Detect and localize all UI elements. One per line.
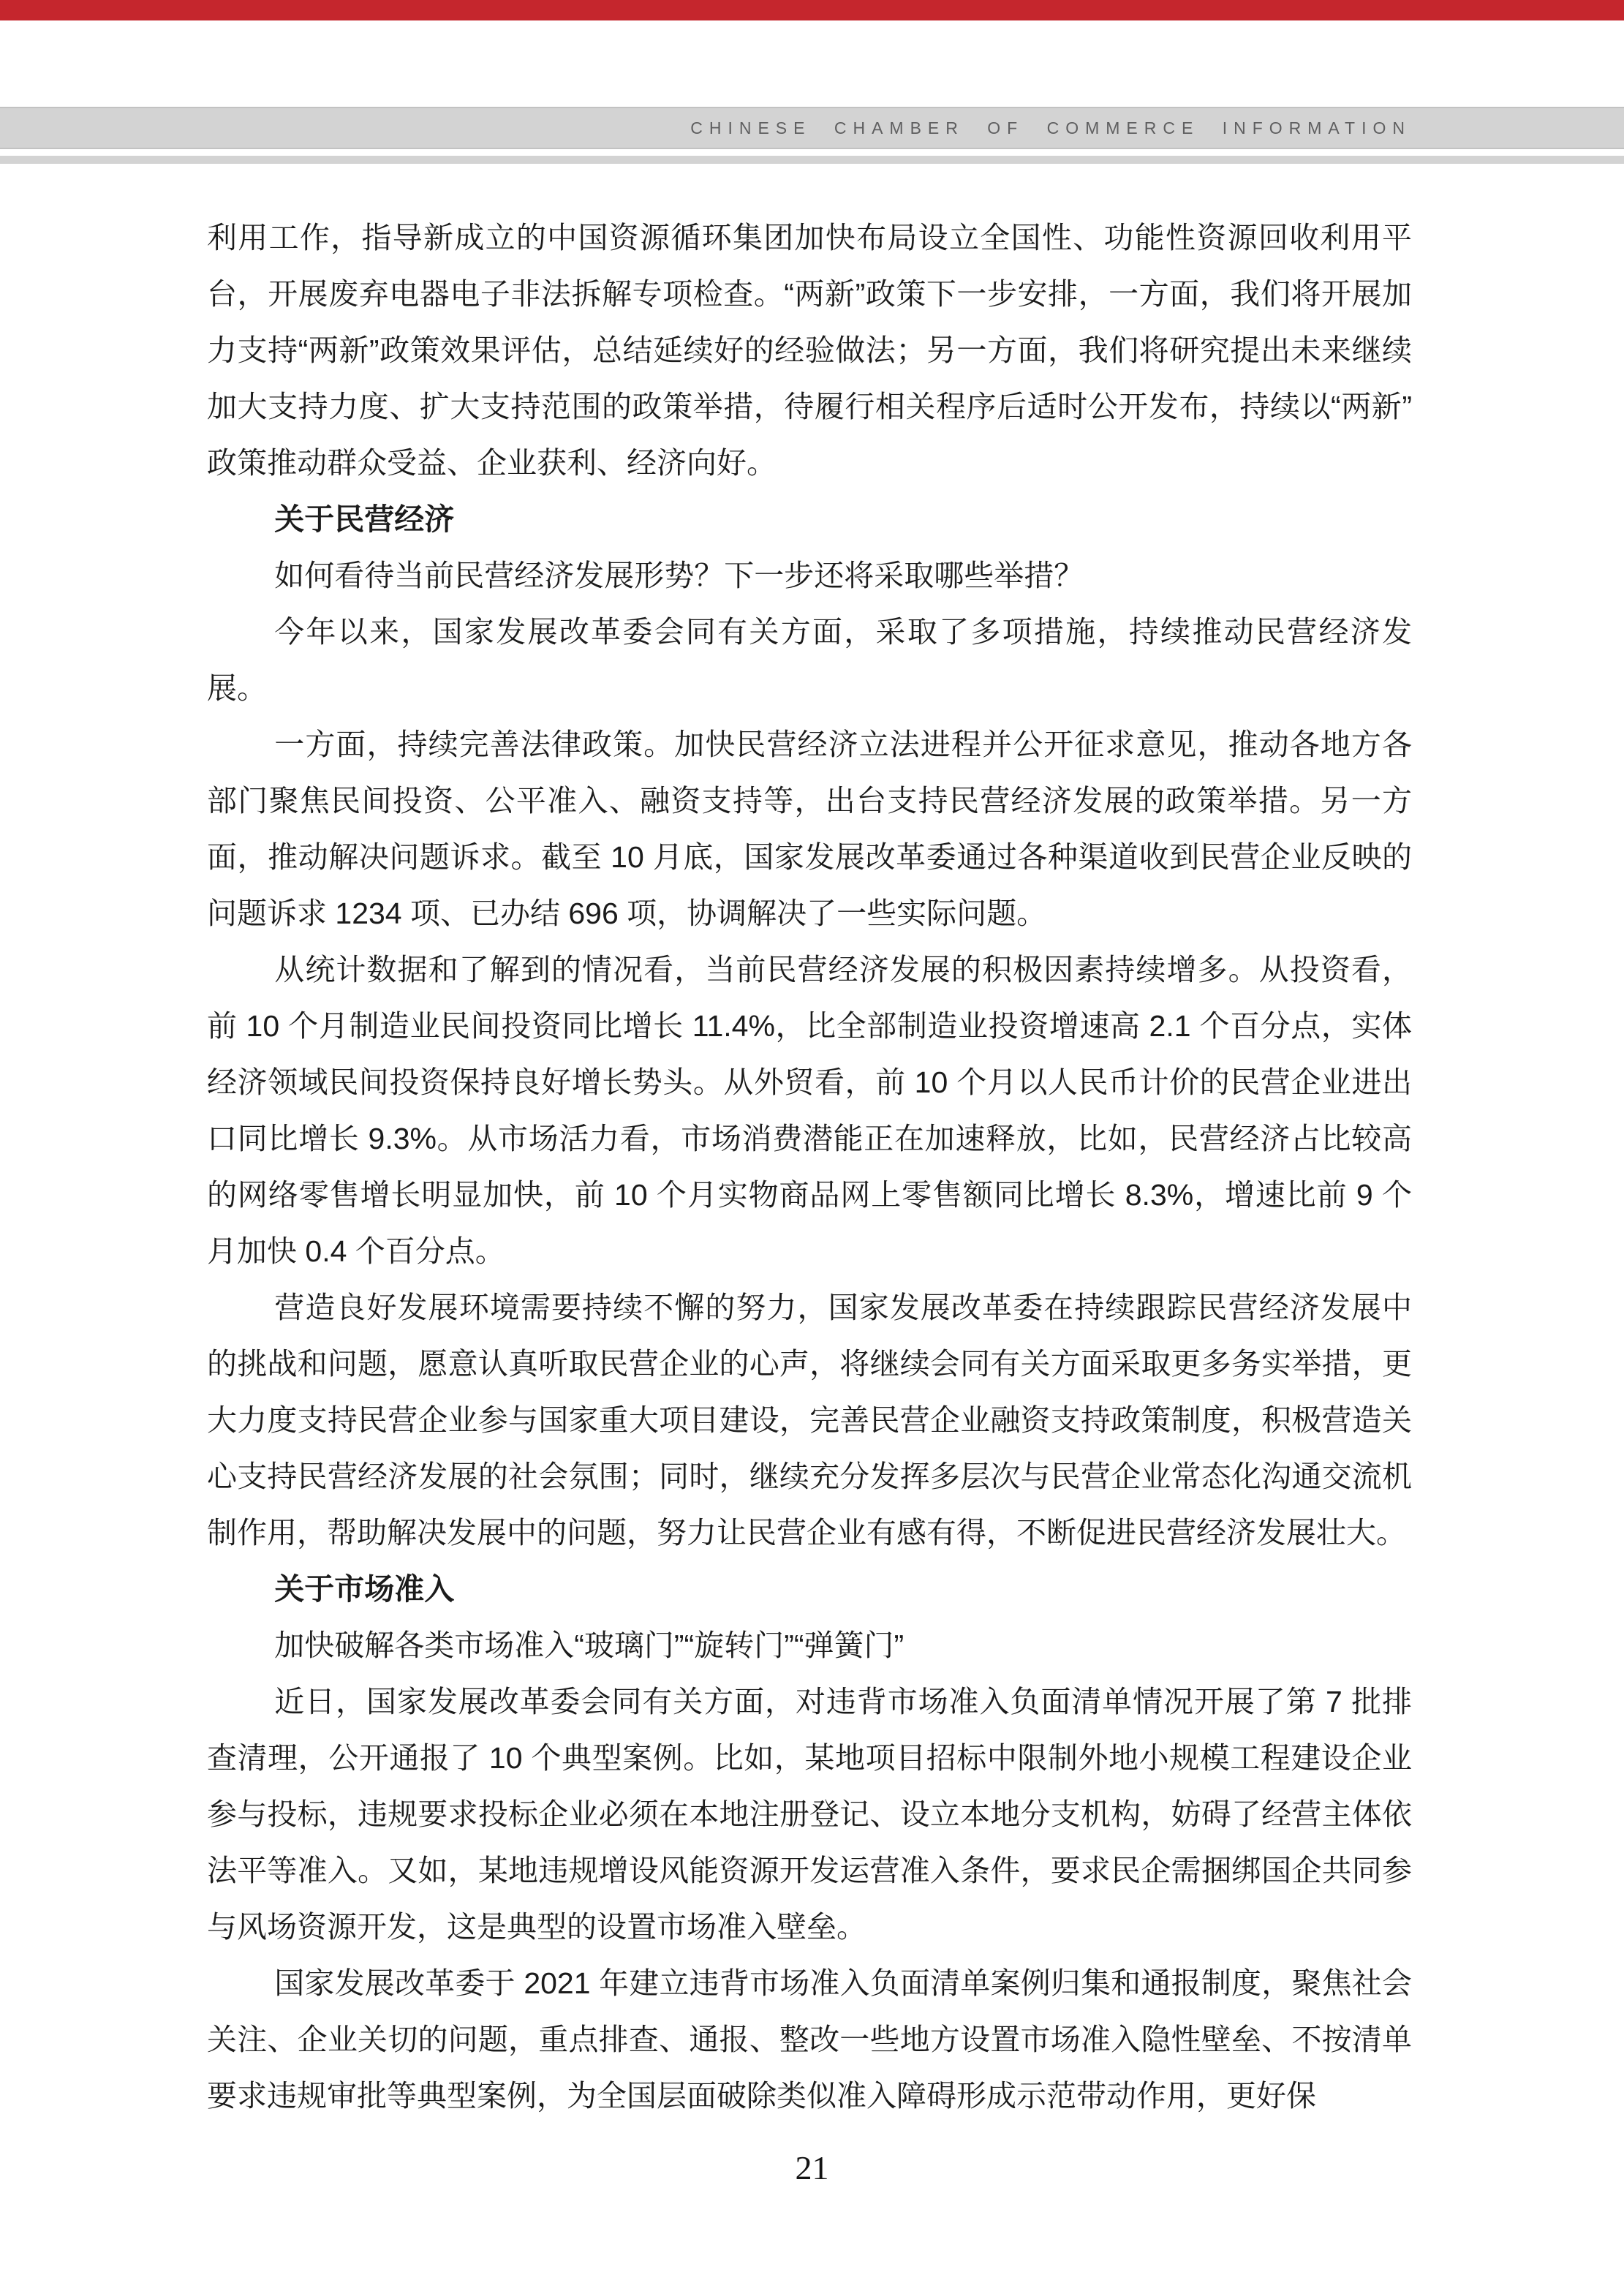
red-top-bar (0, 0, 1624, 20)
divider-strip (0, 156, 1624, 164)
body-paragraph: 营造良好发展环境需要持续不懈的努力，国家发展改革委在持续跟踪民营经济发展中的挑战… (207, 1280, 1412, 1561)
document-page: { "page": { "number": "21" }, "colors": … (0, 0, 1624, 2272)
banner-title: CHINESE CHAMBER OF COMMERCE INFORMATION (690, 118, 1411, 138)
body-paragraph: 今年以来，国家发展改革委会同有关方面，采取了多项措施，持续推动民营经济发展。 (207, 604, 1412, 717)
body-paragraph: 加快破解各类市场准入“玻璃门”“旋转门”“弹簧门” (207, 1618, 1412, 1674)
section-heading: 关于市场准入 (207, 1561, 1412, 1618)
body-paragraph: 如何看待当前民营经济发展形势？下一步还将采取哪些举措？ (207, 548, 1412, 604)
page-number: 21 (0, 2148, 1624, 2187)
section-heading: 关于民营经济 (207, 491, 1412, 548)
body-paragraph: 从统计数据和了解到的情况看，当前民营经济发展的积极因素持续增多。从投资看，前 1… (207, 942, 1412, 1280)
body-paragraph: 国家发展改革委于 2021 年建立违背市场准入负面清单案例归集和通报制度，聚焦社… (207, 1955, 1412, 2124)
body-paragraph: 利用工作，指导新成立的中国资源循环集团加快布局设立全国性、功能性资源回收利用平台… (207, 210, 1412, 491)
document-body: 利用工作，指导新成立的中国资源循环集团加快布局设立全国性、功能性资源回收利用平台… (207, 210, 1412, 2124)
header-banner: CHINESE CHAMBER OF COMMERCE INFORMATION (0, 107, 1624, 149)
body-paragraph: 近日，国家发展改革委会同有关方面，对违背市场准入负面清单情况开展了第 7 批排查… (207, 1674, 1412, 1955)
body-paragraph: 一方面，持续完善法律政策。加快民营经济立法进程并公开征求意见，推动各地方各部门聚… (207, 717, 1412, 942)
